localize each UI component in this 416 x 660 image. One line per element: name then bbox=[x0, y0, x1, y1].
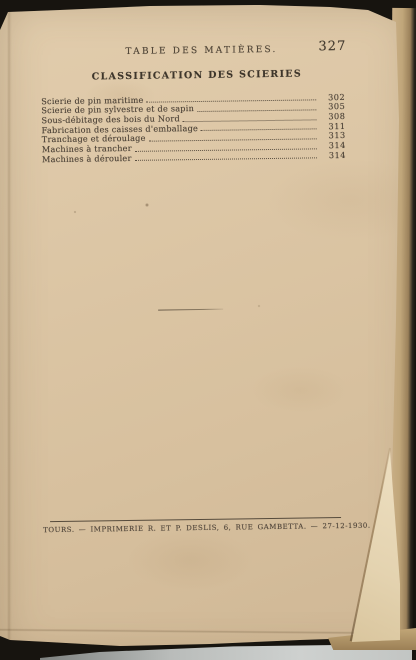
dot-leader bbox=[135, 158, 317, 162]
page-content: TABLE DES MATIÈRES. 327 CLASSIFICATION D… bbox=[0, 0, 416, 660]
printer-imprint: TOURS. — IMPRIMERIE R. ET P. DESLIS, 6, … bbox=[43, 522, 345, 534]
running-head-title: TABLE DES MATIÈRES. bbox=[125, 45, 277, 57]
section-divider-rule bbox=[158, 309, 223, 311]
section-heading: CLASSIFICATION DES SCIERIES bbox=[0, 67, 397, 84]
page-number: 327 bbox=[318, 39, 346, 54]
toc-entry-label: Machines à dérouler bbox=[42, 154, 132, 164]
imprint-rule bbox=[50, 517, 341, 522]
toc-list: Scierie de pin maritime 302 Scierie de p… bbox=[41, 92, 346, 164]
toc-entry-page: 308 bbox=[319, 112, 345, 121]
page-paper: TABLE DES MATIÈRES. 327 CLASSIFICATION D… bbox=[0, 0, 416, 660]
toc-entry-page: 314 bbox=[320, 151, 346, 160]
